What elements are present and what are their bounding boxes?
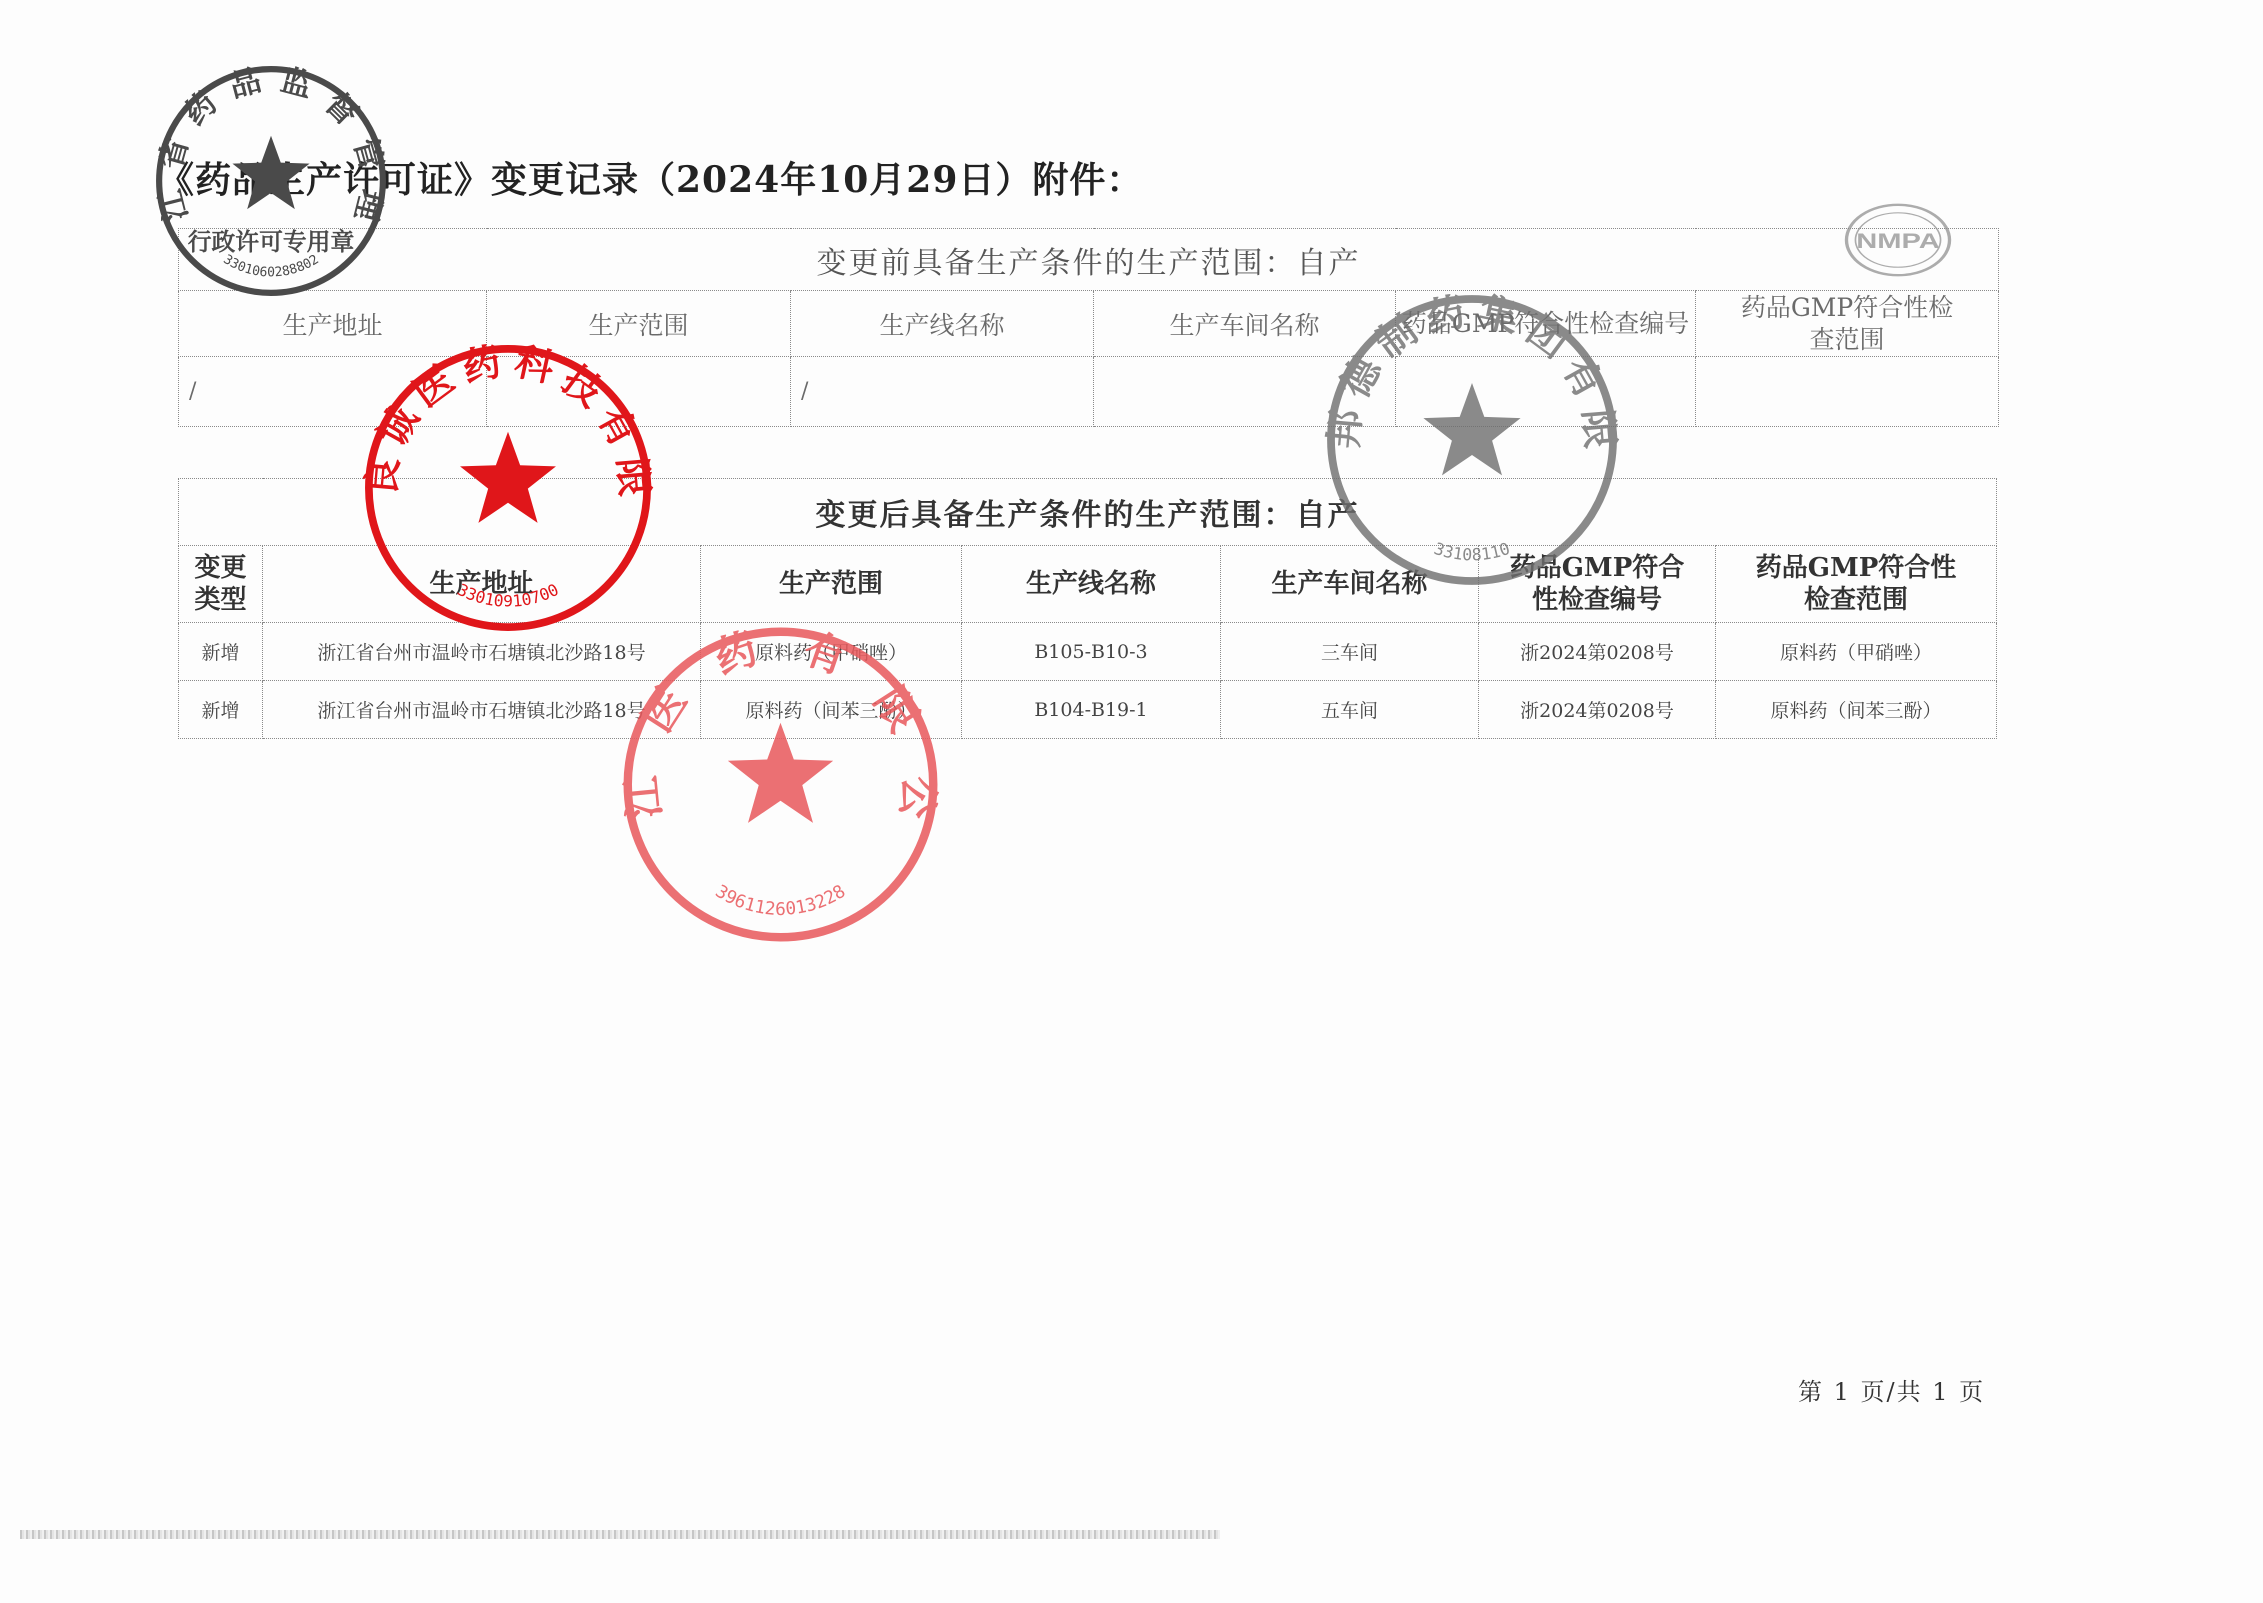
header-production-scope: 生产范围: [701, 546, 962, 623]
cell-gmp-scope: 原料药（甲硝唑）: [1716, 623, 1997, 681]
svg-text:3961126013228: 3961126013228: [712, 881, 850, 920]
header-gmp-number: 药品GMP符合性检查编号: [1479, 546, 1716, 623]
cell-address: 浙江省台州市温岭市石塘镇北沙路18号: [263, 623, 701, 681]
cell-scope: [487, 357, 791, 427]
cell-scope: 原料药（甲硝唑）: [701, 623, 962, 681]
cell-change-type: 新增: [179, 623, 263, 681]
cell-scope: 原料药（间苯三酚）: [701, 681, 962, 739]
before-section-title: 变更前具备生产条件的生产范围：自产: [179, 229, 1999, 291]
cell-workshop: [1094, 357, 1396, 427]
table-row: 新增 浙江省台州市温岭市石塘镇北沙路18号 原料药（甲硝唑） B105-B10-…: [179, 623, 1997, 681]
header-production-address: 生产地址: [179, 291, 487, 357]
after-change-table: 变更后具备生产条件的生产范围：自产 变更类型 生产地址 生产范围 生产线名称 生…: [178, 478, 1997, 739]
cell-workshop: 五车间: [1221, 681, 1479, 739]
header-production-scope: 生产范围: [487, 291, 791, 357]
cell-gmp-scope: 原料药（间苯三酚）: [1716, 681, 1997, 739]
cell-gmp-scope: [1696, 357, 1999, 427]
cell-workshop: 三车间: [1221, 623, 1479, 681]
cell-gmp-number: 浙2024第0208号: [1479, 681, 1716, 739]
cell-change-type: 新增: [179, 681, 263, 739]
cell-line: /: [791, 357, 1094, 427]
header-change-type: 变更类型: [179, 546, 263, 623]
header-production-address: 生产地址: [263, 546, 701, 623]
header-gmp-number: 药品GMP符合性检查编号: [1396, 291, 1696, 357]
cell-line: B104-B19-1: [962, 681, 1221, 739]
table-row: / /: [179, 357, 1999, 427]
header-workshop: 生产车间名称: [1221, 546, 1479, 623]
table-row: 新增 浙江省台州市温岭市石塘镇北沙路18号 原料药（间苯三酚） B104-B19…: [179, 681, 1997, 739]
cell-address: /: [179, 357, 487, 427]
cell-address: 浙江省台州市温岭市石塘镇北沙路18号: [263, 681, 701, 739]
cell-gmp-number: [1396, 357, 1696, 427]
after-section-title: 变更后具备生产条件的生产范围：自产: [179, 479, 1997, 546]
page-footer: 第 1 页/共 1 页: [1798, 1372, 1985, 1407]
cell-gmp-number: 浙2024第0208号: [1479, 623, 1716, 681]
document-title: 《药品生产许可证》变更记录（2024年10月29日）附件：: [158, 152, 1143, 203]
header-workshop: 生产车间名称: [1094, 291, 1396, 357]
header-production-line: 生产线名称: [962, 546, 1221, 623]
before-change-table: 变更前具备生产条件的生产范围：自产 生产地址 生产范围 生产线名称 生产车间名称…: [178, 228, 1999, 427]
scan-noise-strip: [20, 1530, 1220, 1539]
cell-line: B105-B10-3: [962, 623, 1221, 681]
header-production-line: 生产线名称: [791, 291, 1094, 357]
header-gmp-scope: 药品GMP符合性检查范围: [1716, 546, 1997, 623]
header-gmp-scope: 药品GMP符合性检查范围: [1696, 291, 1999, 357]
